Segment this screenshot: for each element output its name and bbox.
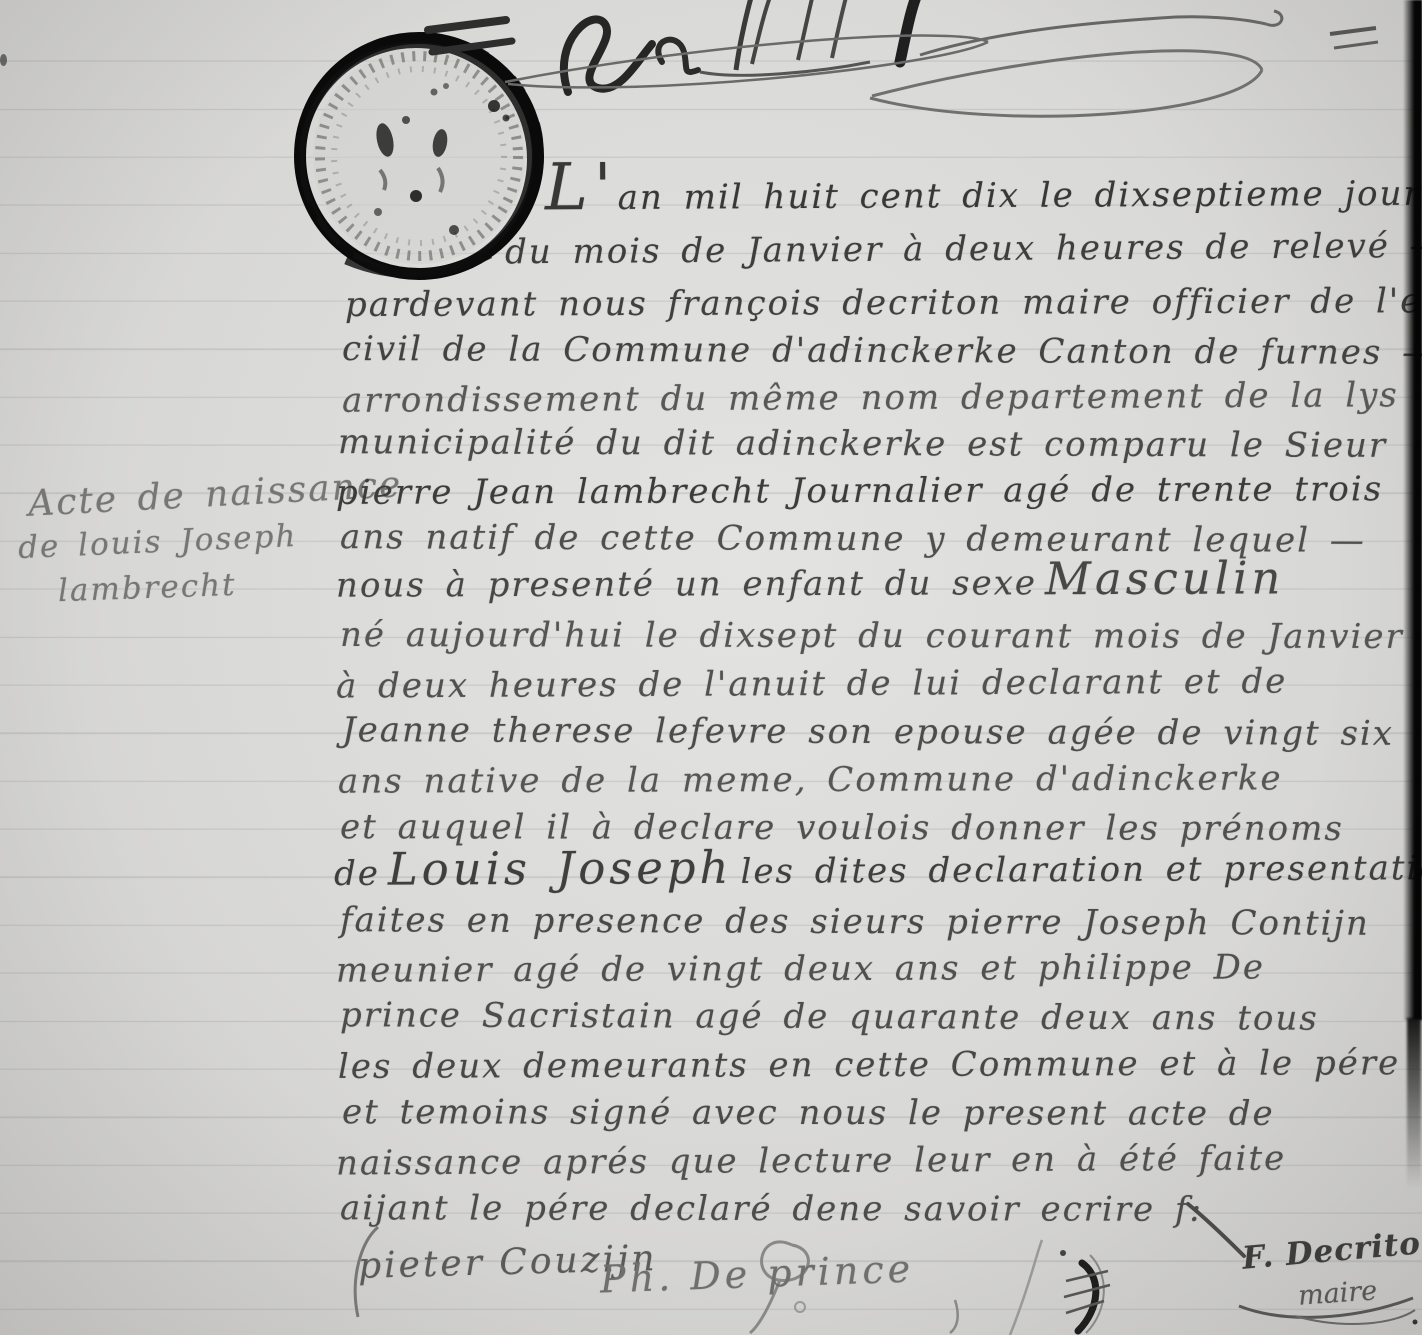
signature-officer-title: maire — [1297, 1275, 1378, 1311]
body-line: L'an mil huit cent dix le dixseptieme jo… — [545, 146, 1422, 226]
ink-speck — [0, 54, 7, 66]
page-edge-shadow-fade — [1407, 1018, 1421, 1188]
body-line: les deux demeurants en cette Commune et … — [338, 1032, 1416, 1089]
margin-note-line: lambrecht — [57, 567, 237, 609]
body-line: aijant le pére declaré dene savoir ecrir… — [340, 1177, 1219, 1232]
body-line: nous à presenté un enfant du sexeMasculi… — [336, 551, 1293, 607]
page-edge-shadow — [1403, 0, 1422, 1020]
body-line: du mois de Janvier à deux heures de rele… — [505, 215, 1422, 275]
header-scrawl-icon — [400, 0, 1400, 150]
margin-note-line: de louis Joseph — [17, 518, 298, 566]
document-page: Acte de naissance de louis Joseph lambre… — [0, 0, 1422, 1335]
body-line: ans native de la meme, Commune d'adincke… — [338, 747, 1299, 803]
body-line: deLouis Josephles dites declaration et p… — [334, 837, 1422, 896]
